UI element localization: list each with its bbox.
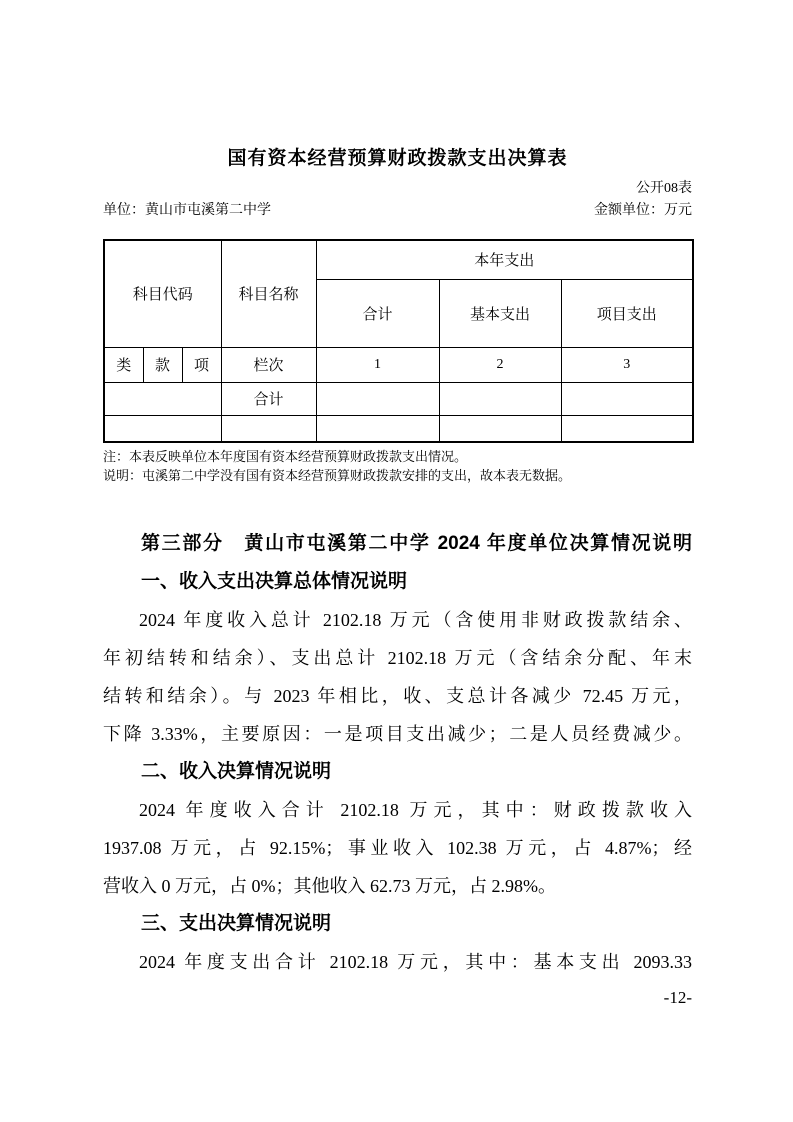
table-note: 注：本表反映单位本年度国有资本经营预算财政拨款支出情况。 [103,447,692,466]
th-total: 合计 [316,279,439,347]
section-heading-part3: 第三部分 黄山市屯溪第二中学 2024 年度单位决算情况说明 [103,525,692,563]
cell-project [561,382,693,415]
table-columns-row: 类 款 项 栏次 1 2 3 [104,347,693,382]
paragraph-line: 营收入 0 万元，占 0%；其他收入 62.73 万元，占 2.98%。 [103,867,692,905]
th-code-item: 项 [182,347,221,382]
table-header-row-1: 科目代码 科目名称 本年支出 [104,240,693,279]
paragraph-line: 2024 年度收入合计 2102.18 万元，其中：财政拨款收入 [103,791,692,829]
paragraph-line: 2024 年度支出合计 2102.18 万元，其中：基本支出 2093.33 [103,943,692,981]
cell-basic [439,382,561,415]
table-explanation: 说明：屯溪第二中学没有国有资本经营预算财政拨款安排的支出，故本表无数据。 [103,466,692,485]
narrative-section: 第三部分 黄山市屯溪第二中学 2024 年度单位决算情况说明 一、收入支出决算总… [103,525,692,981]
cell-total [316,382,439,415]
cell-code [104,415,221,442]
cell-project [561,415,693,442]
page-content: 国有资本经营预算财政拨款支出决算表 公开08表 单位：黄山市屯溪第二中学 金额单… [103,0,692,1007]
paragraph-line: 结转和结余）。与 2023 年相比，收、支总计各减少 72.45 万元， [103,677,692,715]
th-column-2: 2 [439,347,561,382]
cell-code [104,382,221,415]
paragraph-line: 2024 年度收入总计 2102.18 万元（含使用非财政拨款结余、 [103,601,692,639]
expenditure-table: 科目代码 科目名称 本年支出 合计 基本支出 项目支出 类 款 项 栏次 1 2… [103,239,694,443]
cell-name [221,415,316,442]
page-number: -12- [103,989,692,1007]
th-subject-name: 科目名称 [221,240,316,347]
th-code-class: 类 [104,347,143,382]
paragraph-line: 下降 3.33%，主要原因：一是项目支出减少；二是人员经费减少。 [103,715,692,753]
table-row-empty [104,415,693,442]
th-column-1: 1 [316,347,439,382]
th-column-row-label: 栏次 [221,347,316,382]
document-title: 国有资本经营预算财政拨款支出决算表 [103,146,692,172]
cell-basic [439,415,561,442]
th-basic-expenditure: 基本支出 [439,279,561,347]
form-number: 公开08表 [103,180,692,198]
th-subject-code: 科目代码 [104,240,221,347]
meta-row: 单位：黄山市屯溪第二中学 金额单位：万元 [103,202,692,220]
th-current-year-expenditure: 本年支出 [316,240,693,279]
amount-unit-label: 金额单位：万元 [594,202,692,220]
cell-total [316,415,439,442]
paragraph-line: 年初结转和结余）、支出总计 2102.18 万元（含结余分配、年末 [103,639,692,677]
document-page: 国有资本经营预算财政拨款支出决算表 公开08表 单位：黄山市屯溪第二中学 金额单… [0,0,793,1122]
unit-label: 单位：黄山市屯溪第二中学 [103,202,271,220]
heading-income-statement: 二、收入决算情况说明 [103,753,692,791]
th-project-expenditure: 项目支出 [561,279,693,347]
th-column-3: 3 [561,347,693,382]
table-row-total: 合计 [104,382,693,415]
paragraph-line: 1937.08 万元，占 92.15%；事业收入 102.38 万元，占 4.8… [103,829,692,867]
cell-name: 合计 [221,382,316,415]
th-code-section: 款 [143,347,182,382]
heading-overall-statement: 一、收入支出决算总体情况说明 [103,563,692,601]
heading-expenditure-statement: 三、支出决算情况说明 [103,905,692,943]
